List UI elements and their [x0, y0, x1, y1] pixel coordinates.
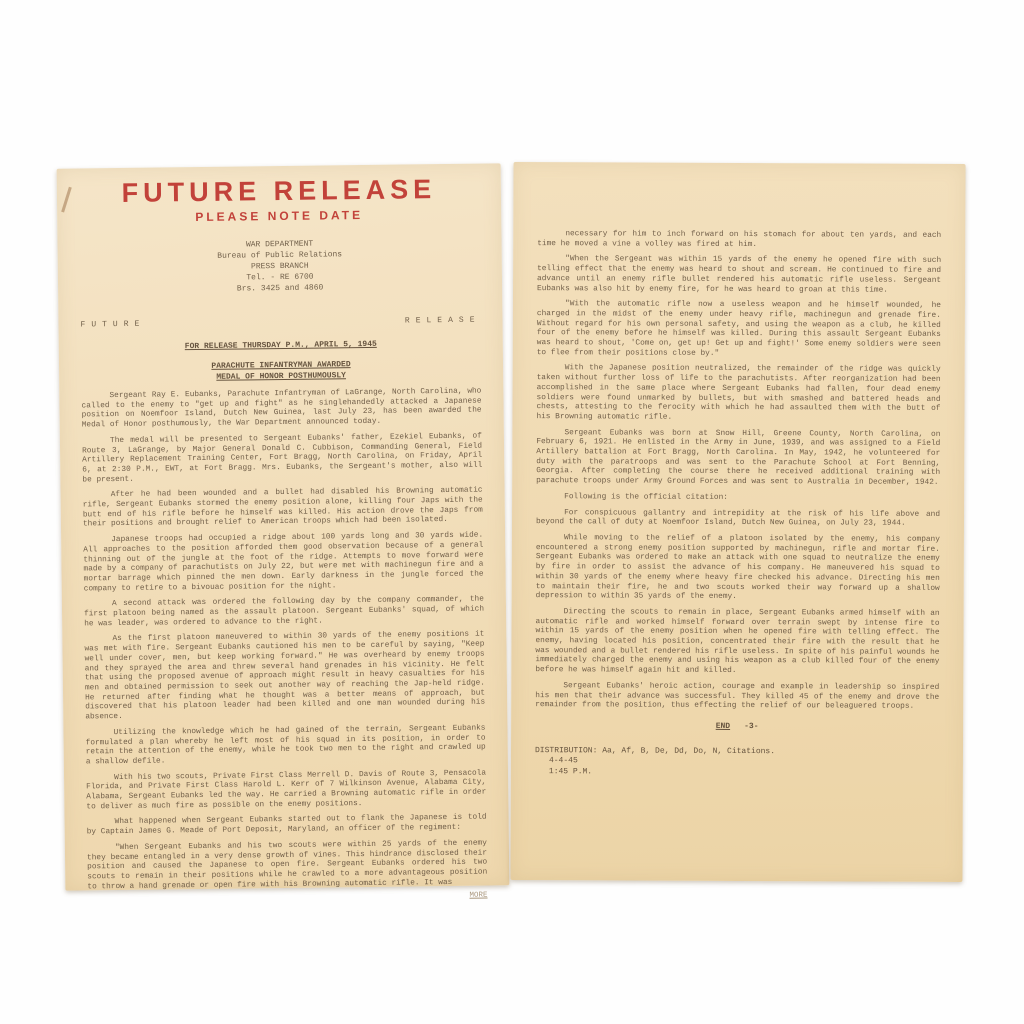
end-word: END	[716, 722, 730, 731]
headline: PARACHUTE INFANTRYMAN AWARDEDMEDAL OF HO…	[81, 358, 481, 385]
slug-future: FUTURE	[80, 320, 145, 330]
paragraph: While moving to the relief of a platoon …	[536, 534, 940, 604]
paragraph: Japanese troops had occupied a ridge abo…	[83, 532, 484, 595]
page-number: -3-	[744, 722, 758, 731]
paragraph: "When the Sergeant was within 15 yards o…	[537, 256, 941, 297]
future-release-stamp: FUTURE RELEASE	[79, 174, 479, 210]
paragraph: The medal will be presented to Sergeant …	[82, 432, 483, 485]
release-date-line: FOR RELEASE THURSDAY P.M., APRIL 5, 1945	[81, 339, 481, 353]
paragraph: As the first platoon maneuvered to withi…	[84, 631, 485, 723]
paragraph: After he had been wounded and a bullet h…	[83, 487, 483, 531]
paragraph: For conspicuous gallantry and intrepidit…	[536, 509, 940, 530]
paragraph: A second attack was ordered the followin…	[84, 596, 484, 630]
paragraph: Following is the official citation:	[536, 493, 940, 504]
paragraph: Directing the scouts to remain in place,…	[535, 608, 939, 678]
more-stamp: MORE	[88, 892, 488, 905]
paragraph: "When Sergeant Eubanks and his two scout…	[87, 839, 488, 892]
paragraph: necessary for him to inch forward on his…	[537, 230, 941, 251]
slug-release: RELEASE	[405, 316, 481, 326]
paragraph: With the Japanese position neutralized, …	[536, 365, 940, 425]
paragraph: Sergeant Eubanks was born at Snow Hill, …	[536, 429, 940, 489]
paragraph: Sergeant Ray E. Eubanks, Parachute Infan…	[81, 388, 481, 432]
time-stamp: 1:45 P.M.	[549, 766, 939, 779]
press-release-page-1: FUTURE RELEASE PLEASE NOTE DATE WAR DEPA…	[57, 163, 510, 890]
end-line: END-3-	[535, 721, 939, 732]
paragraph: With his two scouts, Private First Class…	[86, 769, 486, 813]
paragraph: What happened when Sergeant Eubanks star…	[87, 814, 487, 838]
page-2-body: necessary for him to inch forward on his…	[535, 230, 941, 713]
war-department-letterhead: WAR DEPARTMENTBureau of Public Relations…	[79, 237, 480, 297]
page-1-body: Sergeant Ray E. Eubanks, Parachute Infan…	[81, 388, 487, 893]
paragraph: "With the automatic rifle now a useless …	[537, 300, 941, 360]
distribution-line: DISTRIBUTION: Aa, Af, B, De, Dd, Do, N, …	[535, 746, 939, 757]
future-release-slug-row: FUTURE RELEASE	[80, 316, 480, 330]
paragraph: Sergeant Eubanks' heroic action, courage…	[535, 682, 939, 713]
press-release-page-2: necessary for him to inch forward on his…	[510, 162, 965, 882]
please-note-date-stamp: PLEASE NOTE DATE	[79, 207, 479, 226]
staple-mark	[61, 187, 72, 213]
paragraph: Utilizing the knowledge which he had gai…	[85, 724, 485, 768]
